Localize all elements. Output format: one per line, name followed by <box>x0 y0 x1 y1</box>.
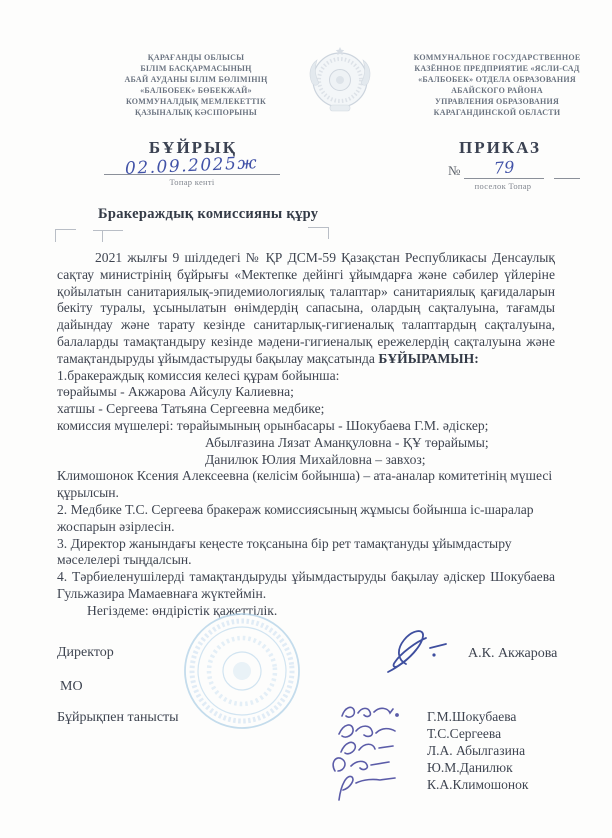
handwritten-date: 02.09.2025ж <box>125 153 259 179</box>
director-name: А.К. Акжарова <box>468 646 557 662</box>
frame-tick-mark <box>93 230 123 243</box>
order-item: 4. Тәрбиеленушілерді тамақтандыруды ұйым… <box>57 569 555 603</box>
letterhead-right: КОММУНАЛЬНОЕ ГОСУДАРСТВЕННОЕ КАЗЁННОЕ ПР… <box>396 52 598 118</box>
resolve-word: БҰЙЫРАМЫН: <box>378 351 478 366</box>
letterhead-line: УПРАВЛЕНИЯ ОБРАЗОВАНИЯ <box>396 96 598 107</box>
date-field: 02.09.2025ж Топар кенті <box>104 156 280 187</box>
letterhead-line: ҚАРАҒАНДЫ ОБЛЫСЫ <box>100 52 292 63</box>
signatory-name: Ю.М.Данилюк <box>427 760 528 777</box>
letterhead-line: КОММУНАЛЬНОЕ ГОСУДАРСТВЕННОЕ <box>396 52 598 63</box>
signatory-name: Т.С.Сергеева <box>427 726 528 743</box>
order-item: Абылғазина Лязат Аманқуловна - ҚҰ төрайы… <box>205 435 555 452</box>
signatory-name: Л.А. Абылгазина <box>427 743 528 760</box>
order-item: 1.бракераждық комиссия келесі құрам бойы… <box>57 368 555 385</box>
letterhead-line: КАРАГАНДИНСКОЙ ОБЛАСТИ <box>396 107 598 118</box>
director-signature-icon <box>368 620 478 683</box>
letterhead-line: АБАЙ АУДАНЫ БІЛІМ БӨЛІМІНІҢ <box>100 74 292 85</box>
mo-label: МО <box>60 679 83 695</box>
frame-corner-mark-left <box>55 229 76 242</box>
letterhead-left: ҚАРАҒАНДЫ ОБЛЫСЫ БІЛІМ БАСҚАРМАСЫНЫҢ АБА… <box>100 52 292 118</box>
letterhead-line: БІЛІМ БАСҚАРМАСЫНЫҢ <box>100 63 292 74</box>
order-item: 2. Медбике Т.С. Сергеева бракераж комисс… <box>57 502 555 536</box>
letterhead-line: АБАЙСКОГО РАЙОНА <box>396 85 598 96</box>
order-item: Климошонок Ксения Алексеевна (келісім бо… <box>57 468 555 502</box>
order-item: Данилюк Юлия Михайловна – завхоз; <box>205 452 555 469</box>
acquainted-label: Бұйрықпен танысты <box>57 710 179 726</box>
order-item: 3. Директор жанындағы кеңесте тоқсанына … <box>57 536 555 570</box>
official-round-stamp-icon <box>170 604 314 743</box>
signatory-list: Г.М.Шокубаева Т.С.Сергеева Л.А. Абылгази… <box>427 709 528 794</box>
number-underline: 79 <box>464 158 544 179</box>
order-title-russian: ПРИКАЗ <box>420 138 580 158</box>
number-underline-2 <box>554 178 580 179</box>
order-item: хатшы - Сергеева Татьяна Сергеевна медби… <box>57 401 555 418</box>
number-field: № 79 поселок Топар <box>448 158 588 191</box>
signatory-name: К.А.Климошонок <box>427 777 528 794</box>
order-body: 2021 жылғы 9 шілдедегі № ҚР ДСМ-59 Қазақ… <box>57 250 555 620</box>
signatory-signatures-icon <box>323 700 429 815</box>
scanned-order-document: ҚАРАҒАНДЫ ОБЛЫСЫ БІЛІМ БАСҚАРМАСЫНЫҢ АБА… <box>0 0 612 838</box>
letterhead-line: «БАЛБОБЕК» ОТДЕЛА ОБРАЗОВАНИЯ <box>396 74 598 85</box>
frame-corner-mark-right <box>308 227 329 239</box>
signatory-name: Г.М.Шокубаева <box>427 709 528 726</box>
letterhead-line: КОММУНАЛДЫҚ МЕМЛЕКЕТТІК <box>100 96 292 107</box>
letterhead-line: КАЗЁННОЕ ПРЕДПРИЯТИЕ «ЯСЛИ-САД <box>396 63 598 74</box>
number-sign: № <box>448 163 460 179</box>
order-item: төрайымы - Акжарова Айсулу Калиевна; <box>57 384 555 401</box>
order-item: комиссия мүшелері: төрайымының орынбасар… <box>57 418 555 435</box>
letterhead-line: ҚАЗЫНАЛЫҚ КӘСІПОРЫНЫ <box>100 107 292 118</box>
kazakhstan-state-emblem-icon <box>301 43 379 122</box>
preamble-paragraph: 2021 жылғы 9 шілдедегі № ҚР ДСМ-59 Қазақ… <box>57 250 555 368</box>
letterhead-line: «БАЛБОБЕК» БӨБЕКЖАЙ» <box>100 85 292 96</box>
order-subject-title: Бракераждық комиссияны құру <box>98 206 318 223</box>
handwritten-number: 79 <box>494 157 516 177</box>
number-caption: поселок Топар <box>460 181 546 191</box>
director-label: Директор <box>57 645 114 661</box>
